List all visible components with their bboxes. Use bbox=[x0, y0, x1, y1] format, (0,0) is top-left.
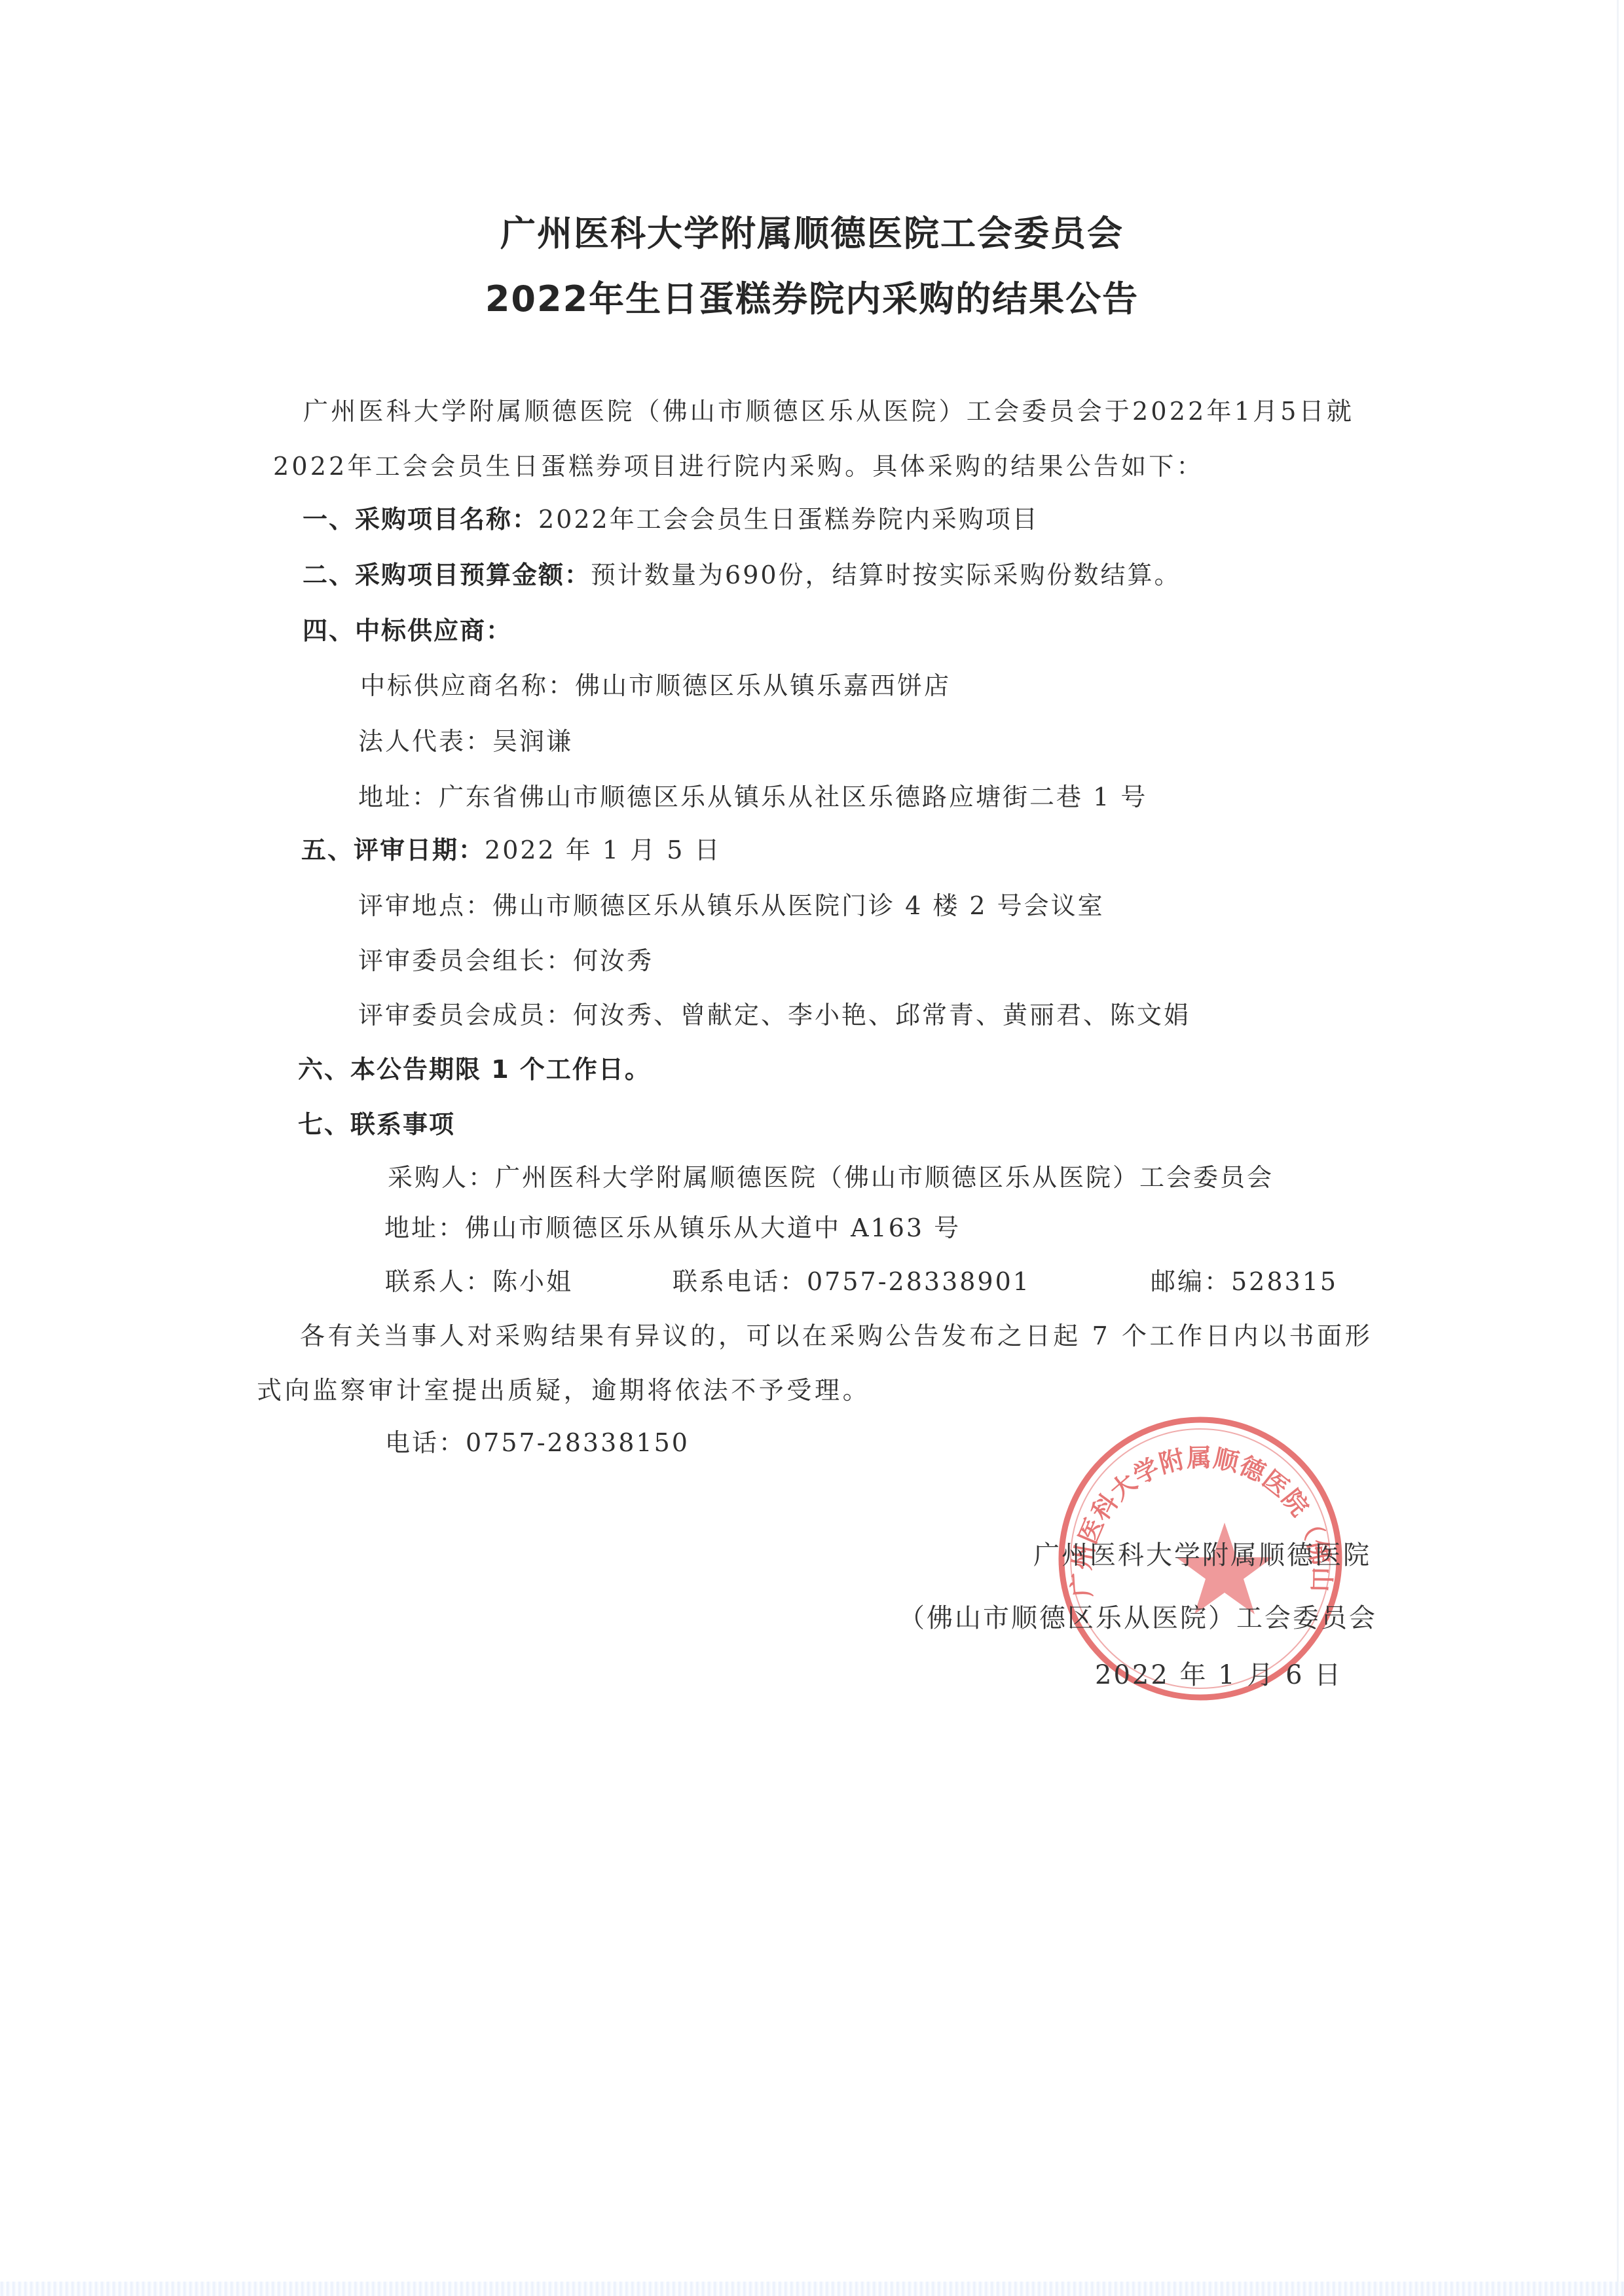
intro-line1: 广州医科大学附属顺德医院（佛山市顺德区乐从医院）工会委员会于2022年1月5日就 bbox=[303, 396, 1354, 427]
section-6-heading: 六、本公告期限 1 个工作日。 bbox=[298, 1054, 651, 1085]
section-5: 五、评审日期：2022 年 1 月 5 日 bbox=[301, 834, 721, 866]
scan-edge-artifact bbox=[1617, 0, 1619, 2296]
document-title-line1: 广州医科大学附属顺德医院工会委员会 bbox=[0, 213, 1624, 255]
review-members: 评审委员会成员：何汝秀、曾献定、李小艳、邱常青、黄丽君、陈文娟 bbox=[358, 999, 1190, 1031]
scan-noise-strip bbox=[0, 2282, 1624, 2296]
signature-date: 2022 年 1 月 6 日 bbox=[1095, 1659, 1342, 1691]
section-1-value: 2022年工会会员生日蛋糕券院内采购项目 bbox=[538, 505, 1039, 534]
review-date: 2022 年 1 月 5 日 bbox=[485, 836, 721, 864]
purchaser: 采购人：广州医科大学附属顺德医院（佛山市顺德区乐从医院）工会委员会 bbox=[388, 1162, 1274, 1193]
section-7-heading: 七、联系事项 bbox=[298, 1109, 455, 1140]
document-page: 广州医科大学附属顺德医院工会委员会 2022年生日蛋糕券院内采购的结果公告 广州… bbox=[0, 0, 1624, 2296]
legal-representative: 法人代表：吴润谦 bbox=[358, 726, 573, 757]
section-1: 一、采购项目名称：2022年工会会员生日蛋糕券院内采购项目 bbox=[303, 504, 1039, 535]
signature-org-line2: （佛山市顺德区乐从医院）工会委员会 bbox=[898, 1602, 1377, 1634]
contact-person: 联系人：陈小姐 bbox=[385, 1266, 573, 1297]
section-2: 二、采购项目预算金额：预计数量为690份，结算时按实际采购份数结算。 bbox=[303, 559, 1181, 591]
supplier-address: 地址：广东省佛山市顺德区乐从镇乐从社区乐德路应塘街二巷 1 号 bbox=[358, 781, 1147, 813]
section-1-heading: 一、采购项目名称： bbox=[303, 505, 538, 534]
contact-phone: 联系电话：0757-28338901 bbox=[673, 1266, 1031, 1297]
review-leader: 评审委员会组长：何汝秀 bbox=[358, 945, 654, 976]
section-5-heading: 五、评审日期： bbox=[301, 836, 485, 864]
objection-line1: 各有关当事人对采购结果有异议的，可以在采购公告发布之日起 7 个工作日内以书面形 bbox=[300, 1320, 1373, 1352]
purchaser-address: 地址：佛山市顺德区乐从镇乐从大道中 A163 号 bbox=[384, 1212, 961, 1244]
document-title-line2: 2022年生日蛋糕券院内采购的结果公告 bbox=[0, 278, 1624, 320]
section-2-heading: 二、采购项目预算金额： bbox=[303, 561, 591, 589]
postcode: 邮编：528315 bbox=[1151, 1266, 1338, 1297]
intro-line2: 2022年工会会员生日蛋糕券项目进行院内采购。具体采购的结果公告如下： bbox=[273, 451, 1204, 482]
objection-phone: 电话：0757-28338150 bbox=[385, 1427, 690, 1458]
review-location: 评审地点：佛山市顺德区乐从镇乐从医院门诊 4 楼 2 号会议室 bbox=[358, 890, 1105, 921]
section-2-value: 预计数量为690份，结算时按实际采购份数结算。 bbox=[591, 561, 1181, 589]
supplier-name: 中标供应商名称：佛山市顺德区乐从镇乐嘉西饼店 bbox=[360, 670, 951, 701]
section-4-heading: 四、中标供应商： bbox=[303, 615, 512, 646]
signature-org-line1: 广州医科大学附属顺德医院 bbox=[1033, 1540, 1371, 1571]
objection-line2: 式向监察审计室提出质疑，逾期将依法不予受理。 bbox=[257, 1375, 870, 1406]
